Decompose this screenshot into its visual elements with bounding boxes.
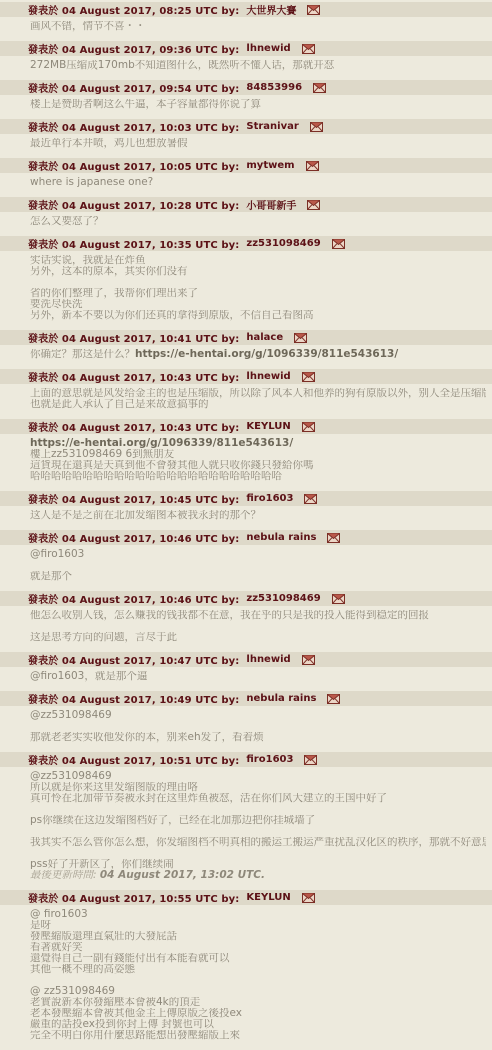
post-author[interactable]: halace [246,332,283,343]
post-timestamp: 發表於 04 August 2017, 09:54 UTC by: [28,80,239,95]
comment-thread: 發表於 04 August 2017, 08:25 UTC by: 大世界大賽 … [0,2,492,1050]
post-timestamp: 發表於 04 August 2017, 10:55 UTC by: [28,890,239,905]
post-header: 發表於 04 August 2017, 10:35 UTC by: zz5310… [0,236,492,251]
post-line: @zz531098469 [30,771,486,782]
post-text: 这是思考方向的问题，言尽于此 [30,632,177,643]
post-text: 嚴重的話投ex投到你封上傳 封號也可以 [30,1019,214,1030]
post-timestamp: 發表於 04 August 2017, 09:36 UTC by: [28,41,239,56]
post-text: 樓上zz531098469 6到無朋友 [30,449,174,460]
post-text: 他怎么收别人钱，怎么赚我的钱我都不在意，我在乎的只是我的投入能得到稳定的回报 [30,610,429,621]
post-timestamp: 發表於 04 August 2017, 10:45 UTC by: [28,491,239,506]
post-text: where is japanese one? [30,177,153,188]
pm-mail-icon[interactable] [302,422,315,432]
comment-post: 發表於 04 August 2017, 10:43 UTC by: lhnewi… [0,369,492,419]
post-line: 上面的意思就是风发给金主的也是压缩版，所以除了风本人和他养的狗有原版以外，别人全… [30,388,486,399]
post-text: 老實說新本你發縮壓本會被4k的頂走 [30,997,200,1008]
post-author[interactable]: firo1603 [246,493,293,504]
post-line: 怎么又要怼了？ [30,216,486,227]
post-line [30,560,486,571]
post-text: 真可怜在北加带节奏被永封在这里炸鱼被怼，活在你们风大建立的王国中好了 [30,793,387,804]
last-edited-date: 04 August 2017, 13:02 UTC. [100,870,265,881]
post-line: 發壓縮版還理直氣壯的大發屁話 [30,931,486,942]
post-header: 發表於 04 August 2017, 10:45 UTC by: firo16… [0,491,492,506]
comment-post: 發表於 04 August 2017, 10:46 UTC by: nebula… [0,530,492,591]
post-header: 發表於 04 August 2017, 10:46 UTC by: zz5310… [0,591,492,606]
post-text: 發壓縮版還理直氣壯的大發屁話 [30,931,177,942]
post-line [30,277,486,288]
post-line: @firo1603 [30,549,486,560]
post-line: 這貨現在還真是天真到他不會發其他人就只收你錢只發給你嗎 [30,460,486,471]
pm-mail-icon[interactable] [302,44,315,54]
comment-post: 發表於 04 August 2017, 08:25 UTC by: 大世界大賽 … [0,2,492,41]
post-text: 怎么又要怼了？ [30,216,104,227]
post-line: 還覺得自己一副有錢能付出有本能看就可以 [30,953,486,964]
pm-mail-icon[interactable] [307,5,320,15]
post-text: 要洗尽快洗 [30,299,83,310]
post-text: 老本發壓縮本會被其他金主上傳原版之後投ex [30,1008,242,1019]
post-line: 省的你们整理了，我帮你们理出来了 [30,288,486,299]
post-text: 另外，新本不要以为你们还真的拿得到原版，不信自己看图高 [30,310,314,321]
comment-post: 發表於 04 August 2017, 10:49 UTC by: nebula… [0,691,492,752]
post-body: @zz531098469所以就是你来这里发缩图版的理由咯真可怜在北加带节奏被永封… [0,767,492,890]
post-body: 实话实说，我就是在炸鱼另外，这本的原本，其实你们没有 省的你们整理了，我帮你们理… [0,251,492,330]
post-line: 你确定？那这是什么？https://e-hentai.org/g/1096339… [30,349,486,360]
post-line [30,804,486,815]
post-body: 他怎么收别人钱，怎么赚我的钱我都不在意，我在乎的只是我的投入能得到稳定的回报 这… [0,606,492,652]
post-line: 画风不错，情节不喜・・ [30,21,486,32]
post-line: 老實說新本你發縮壓本會被4k的頂走 [30,997,486,1008]
post-body: @firo1603，就是那个逼 [0,667,492,691]
post-line [30,848,486,859]
post-text: 是呀 [30,920,51,931]
comment-post: 發表於 04 August 2017, 09:54 UTC by: 848539… [0,80,492,119]
post-line: 所以就是你来这里发缩图版的理由咯 [30,782,486,793]
post-line: 哈哈哈哈哈哈哈哈哈哈哈哈哈哈哈哈哈哈哈哈哈哈哈哈 [30,471,486,482]
post-timestamp: 發表於 04 August 2017, 10:46 UTC by: [28,591,239,606]
post-author[interactable]: 大世界大賽 [246,2,296,17]
post-text: 也就是此人承认了自己是来故意搞事的 [30,399,209,410]
post-line: 就是那个 [30,571,486,582]
post-line: 这人是不是之前在北加发缩图本被我永封的那个？ [30,510,486,521]
post-text: 272MB压缩成170mb不知道图什么，既然听不懂人话，那就开怼 [30,60,334,71]
post-text: 那就老老实实收他发你的本，别来eh发了，看着烦 [30,732,264,743]
post-timestamp: 發表於 04 August 2017, 10:46 UTC by: [28,530,239,545]
post-text: @ firo1603 [30,909,88,920]
post-text: @zz531098469 [30,771,112,782]
post-text: pss好了开新区了，你们继续闹 [30,859,174,870]
post-line: 看著就好笑 [30,942,486,953]
post-text: @ zz531098469 [30,986,115,997]
post-body: 272MB压缩成170mb不知道图什么，既然听不懂人话，那就开怼 [0,56,492,80]
post-header: 發表於 04 August 2017, 10:47 UTC by: lhnewi… [0,652,492,667]
post-author[interactable]: lhnewid [246,654,290,665]
post-timestamp: 發表於 04 August 2017, 10:41 UTC by: [28,330,239,345]
last-edited-note: 最後更新時間: 04 August 2017, 13:02 UTC. [30,870,486,881]
comment-post: 發表於 04 August 2017, 10:46 UTC by: zz5310… [0,591,492,652]
post-text: 这人是不是之前在北加发缩图本被我永封的那个？ [30,510,261,521]
post-text: 看著就好笑 [30,942,83,953]
post-header: 發表於 04 August 2017, 09:54 UTC by: 848539… [0,80,492,95]
post-line: 那就老老实实收他发你的本，别来eh发了，看着烦 [30,732,486,743]
gallery-link[interactable]: https://e-hentai.org/g/1096339/811e54361… [135,349,398,360]
post-text: 省的你们整理了，我帮你们理出来了 [30,288,198,299]
last-edited-label: 最後更新時間: [30,870,100,881]
post-author[interactable]: Stranivar [246,121,298,132]
post-text: 我其实不怎么管你怎么想，你发缩图档不明真相的搬运工搬运严重扰乱汉化区的秩序，那就… [30,837,486,848]
post-line: 另外，这本的原本，其实你们没有 [30,266,486,277]
post-text: 楼上是赞助者啊这么牛逼，本子容量都得你说了算 [30,99,261,110]
post-body: 上面的意思就是风发给金主的也是压缩版，所以除了风本人和他养的狗有原版以外，别人全… [0,384,492,419]
post-text: @firo1603 [30,549,84,560]
post-text: ps你继续在这边发缩图档好了，已经在北加那边把你挂城墙了 [30,815,315,826]
pm-mail-icon[interactable] [302,372,315,382]
post-text: @zz531098469 [30,710,112,721]
post-author[interactable]: KEYLUN [246,421,290,432]
post-line: 完全不明白你用什麼思路能想出發壓縮版上來 [30,1030,486,1041]
post-line: 他怎么收别人钱，怎么赚我的钱我都不在意，我在乎的只是我的投入能得到稳定的回报 [30,610,486,621]
pm-mail-icon[interactable] [304,494,317,504]
post-body: https://e-hentai.org/g/1096339/811e54361… [0,434,492,491]
post-line: 也就是此人承认了自己是来故意搞事的 [30,399,486,410]
post-timestamp: 發表於 04 August 2017, 10:51 UTC by: [28,752,239,767]
post-timestamp: 發表於 04 August 2017, 10:43 UTC by: [28,419,239,434]
post-body: 你确定？那这是什么？https://e-hentai.org/g/1096339… [0,345,492,369]
pm-mail-icon[interactable] [307,200,320,210]
post-author[interactable]: 84853996 [246,82,302,93]
post-line: 272MB压缩成170mb不知道图什么，既然听不懂人话，那就开怼 [30,60,486,71]
post-timestamp: 發表於 04 August 2017, 10:35 UTC by: [28,236,239,251]
post-line [30,721,486,732]
post-line: 樓上zz531098469 6到無朋友 [30,449,486,460]
post-author[interactable]: lhnewid [246,371,290,382]
pm-mail-icon[interactable] [332,594,345,604]
post-line: @ firo1603 [30,909,486,920]
post-text: 最近单行本井喷，鸡儿也想放暑假 [30,138,188,149]
post-body: @zz531098469 那就老老实实收他发你的本，别来eh发了，看着烦 [0,706,492,752]
comment-post: 發表於 04 August 2017, 10:43 UTC by: KEYLUN… [0,419,492,491]
post-text: 哈哈哈哈哈哈哈哈哈哈哈哈哈哈哈哈哈哈哈哈哈哈哈哈 [30,471,282,482]
post-body: 这人是不是之前在北加发缩图本被我永封的那个？ [0,506,492,530]
post-line: 老本發壓縮本會被其他金主上傳原版之後投ex [30,1008,486,1019]
post-timestamp: 發表於 04 August 2017, 10:03 UTC by: [28,119,239,134]
post-line: https://e-hentai.org/g/1096339/811e54361… [30,438,486,449]
post-line: pss好了开新区了，你们继续闹 [30,859,486,870]
post-timestamp: 發表於 04 August 2017, 10:47 UTC by: [28,652,239,667]
post-header: 發表於 04 August 2017, 08:25 UTC by: 大世界大賽 [0,2,492,17]
post-line: 真可怜在北加带节奏被永封在这里炸鱼被怼，活在你们风大建立的王国中好了 [30,793,486,804]
comment-post: 發表於 04 August 2017, 10:03 UTC by: Strani… [0,119,492,158]
post-text: 所以就是你来这里发缩图版的理由咯 [30,782,198,793]
post-text: 另外，这本的原本，其实你们没有 [30,266,188,277]
post-text: 就是那个 [30,571,72,582]
post-header: 發表於 04 August 2017, 10:55 UTC by: KEYLUN [0,890,492,905]
post-timestamp: 發表於 04 August 2017, 10:05 UTC by: [28,158,239,173]
post-line: @firo1603，就是那个逼 [30,671,486,682]
post-line: 要洗尽快洗 [30,299,486,310]
post-line: where is japanese one? [30,177,486,188]
post-line: 这是思考方向的问题，言尽于此 [30,632,486,643]
comment-post: 發表於 04 August 2017, 10:55 UTC by: KEYLUN… [0,890,492,1050]
comment-post: 發表於 04 August 2017, 10:05 UTC by: mytwem… [0,158,492,197]
post-author[interactable]: mytwem [246,160,294,171]
post-timestamp: 發表於 04 August 2017, 10:43 UTC by: [28,369,239,384]
post-line [30,975,486,986]
post-line: 最近单行本井喷，鸡儿也想放暑假 [30,138,486,149]
pm-mail-icon[interactable] [306,161,319,171]
post-line: 我其实不怎么管你怎么想，你发缩图档不明真相的搬运工搬运严重扰乱汉化区的秩序，那就… [30,837,486,848]
post-line: ps你继续在这边发缩图档好了，已经在北加那边把你挂城墙了 [30,815,486,826]
post-header: 發表於 04 August 2017, 10:46 UTC by: nebula… [0,530,492,545]
post-body: 画风不错，情节不喜・・ [0,17,492,41]
comment-post: 發表於 04 August 2017, 09:36 UTC by: lhnewi… [0,41,492,80]
pm-mail-icon[interactable] [294,333,307,343]
comment-post: 發表於 04 August 2017, 10:47 UTC by: lhnewi… [0,652,492,691]
post-text: 实话实说，我就是在炸鱼 [30,255,146,266]
pm-mail-icon[interactable] [310,122,323,132]
post-author[interactable]: firo1603 [246,754,293,765]
post-line: 楼上是赞助者啊这么牛逼，本子容量都得你说了算 [30,99,486,110]
pm-mail-icon[interactable] [327,694,340,704]
post-author[interactable]: nebula rains [246,532,316,543]
pm-mail-icon[interactable] [313,83,326,93]
post-header: 發表於 04 August 2017, 10:41 UTC by: halace [0,330,492,345]
pm-mail-icon[interactable] [327,533,340,543]
post-body: 怎么又要怼了？ [0,212,492,236]
pm-mail-icon[interactable] [302,655,315,665]
pm-mail-icon[interactable] [304,755,317,765]
post-header: 發表於 04 August 2017, 10:51 UTC by: firo16… [0,752,492,767]
post-line: 嚴重的話投ex投到你封上傳 封號也可以 [30,1019,486,1030]
post-author[interactable]: KEYLUN [246,892,290,903]
post-body: @firo1603 就是那个 [0,545,492,591]
post-line: @zz531098469 [30,710,486,721]
post-header: 發表於 04 August 2017, 10:49 UTC by: nebula… [0,691,492,706]
post-text: 還覺得自己一副有錢能付出有本能看就可以 [30,953,230,964]
post-body: @ firo1603是呀發壓縮版還理直氣壯的大發屁話看著就好笑還覺得自己一副有錢… [0,905,492,1050]
post-timestamp: 發表於 04 August 2017, 08:25 UTC by: [28,2,239,17]
post-line: 其他一概不理的高姿態 [30,964,486,975]
post-header: 發表於 04 August 2017, 10:28 UTC by: 小哥哥新手 [0,197,492,212]
post-line: 是呀 [30,920,486,931]
post-line [30,826,486,837]
post-header: 發表於 04 August 2017, 10:43 UTC by: KEYLUN [0,419,492,434]
post-timestamp: 發表於 04 August 2017, 10:49 UTC by: [28,691,239,706]
post-header: 發表於 04 August 2017, 10:03 UTC by: Strani… [0,119,492,134]
post-timestamp: 發表於 04 August 2017, 10:28 UTC by: [28,197,239,212]
post-text: @firo1603，就是那个逼 [30,671,147,682]
post-author[interactable]: zz531098469 [246,238,320,249]
pm-mail-icon[interactable] [332,239,345,249]
post-line: 实话实说，我就是在炸鱼 [30,255,486,266]
post-line [30,621,486,632]
post-text: 画风不错，情节不喜・・ [30,21,146,32]
comment-post: 發表於 04 August 2017, 10:45 UTC by: firo16… [0,491,492,530]
gallery-link[interactable]: https://e-hentai.org/g/1096339/811e54361… [30,438,293,449]
post-author[interactable]: nebula rains [246,693,316,704]
post-author[interactable]: 小哥哥新手 [246,197,296,212]
comment-post: 發表於 04 August 2017, 10:35 UTC by: zz5310… [0,236,492,330]
pm-mail-icon[interactable] [302,893,315,903]
post-text: 這貨現在還真是天真到他不會發其他人就只收你錢只發給你嗎 [30,460,314,471]
post-text: 上面的意思就是风发给金主的也是压缩版，所以除了风本人和他养的狗有原版以外，别人全… [30,388,486,399]
post-header: 發表於 04 August 2017, 10:43 UTC by: lhnewi… [0,369,492,384]
post-line: @ zz531098469 [30,986,486,997]
post-body: where is japanese one? [0,173,492,197]
comment-post: 發表於 04 August 2017, 10:41 UTC by: halace… [0,330,492,369]
post-header: 發表於 04 August 2017, 09:36 UTC by: lhnewi… [0,41,492,56]
comment-post: 發表於 04 August 2017, 10:51 UTC by: firo16… [0,752,492,890]
post-body: 最近单行本井喷，鸡儿也想放暑假 [0,134,492,158]
comment-post: 發表於 04 August 2017, 10:28 UTC by: 小哥哥新手 … [0,197,492,236]
post-body: 楼上是赞助者啊这么牛逼，本子容量都得你说了算 [0,95,492,119]
post-text: 完全不明白你用什麼思路能想出發壓縮版上來 [30,1030,240,1041]
post-author[interactable]: lhnewid [246,43,290,54]
post-text: 你确定？那这是什么？ [30,349,135,360]
post-line: 另外，新本不要以为你们还真的拿得到原版，不信自己看图高 [30,310,486,321]
post-text: 其他一概不理的高姿態 [30,964,135,975]
post-author[interactable]: zz531098469 [246,593,320,604]
post-header: 發表於 04 August 2017, 10:05 UTC by: mytwem [0,158,492,173]
